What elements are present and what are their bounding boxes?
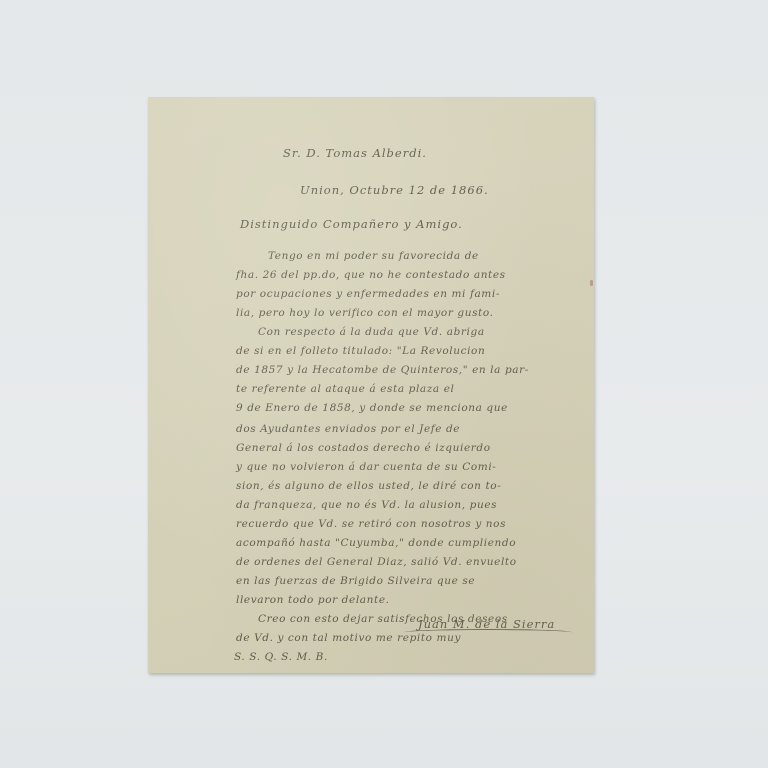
body-line: de ordenes del General Diaz, salió Vd. e… (236, 556, 517, 568)
body-line: Con respecto á la duda que Vd. abriga (258, 326, 485, 338)
body-line: fha. 26 del pp.do, que no he contestado … (236, 269, 506, 281)
body-line: acompañó hasta "Cuyumba," donde cumplien… (236, 537, 516, 549)
body-line: sion, és alguno de ellos usted, le diré … (236, 480, 501, 492)
letter-paper: Sr. D. Tomas Alberdi. Union, Octubre 12 … (148, 97, 594, 673)
signature-underline (403, 629, 573, 636)
place-date-line: Union, Octubre 12 de 1866. (300, 183, 489, 197)
body-line: dos Ayudantes enviados por el Jefe de (236, 423, 460, 435)
body-line: General á los costados derecho é izquier… (236, 442, 491, 454)
body-line: llevaron todo por delante. (236, 594, 390, 606)
closing-abbreviation: S. S. Q. S. M. B. (234, 651, 328, 663)
body-line: por ocupaciones y enfermedades en mi fam… (236, 288, 500, 300)
body-line: da franqueza, que no és Vd. la alusion, … (236, 499, 497, 511)
addressee-line: Sr. D. Tomas Alberdi. (283, 146, 427, 160)
body-line: 9 de Enero de 1858, y donde se menciona … (236, 402, 508, 414)
body-line: recuerdo que Vd. se retiró con nosotros … (236, 518, 506, 530)
body-line: lia, pero hoy lo verifico con el mayor g… (236, 307, 494, 319)
salutation-line: Distinguido Compañero y Amigo. (240, 217, 463, 231)
body-line: Tengo en mi poder su favorecida de (268, 250, 479, 262)
body-line: en las fuerzas de Brigido Silveira que s… (236, 575, 475, 587)
body-line: y que no volvieron á dar cuenta de su Co… (236, 461, 496, 473)
paper-stain (590, 280, 593, 286)
body-line: de 1857 y la Hecatombe de Quinteros," en… (236, 364, 529, 376)
body-line: de si en el folleto titulado: "La Revolu… (236, 345, 485, 357)
body-line: te referente al ataque á esta plaza el (236, 383, 454, 395)
